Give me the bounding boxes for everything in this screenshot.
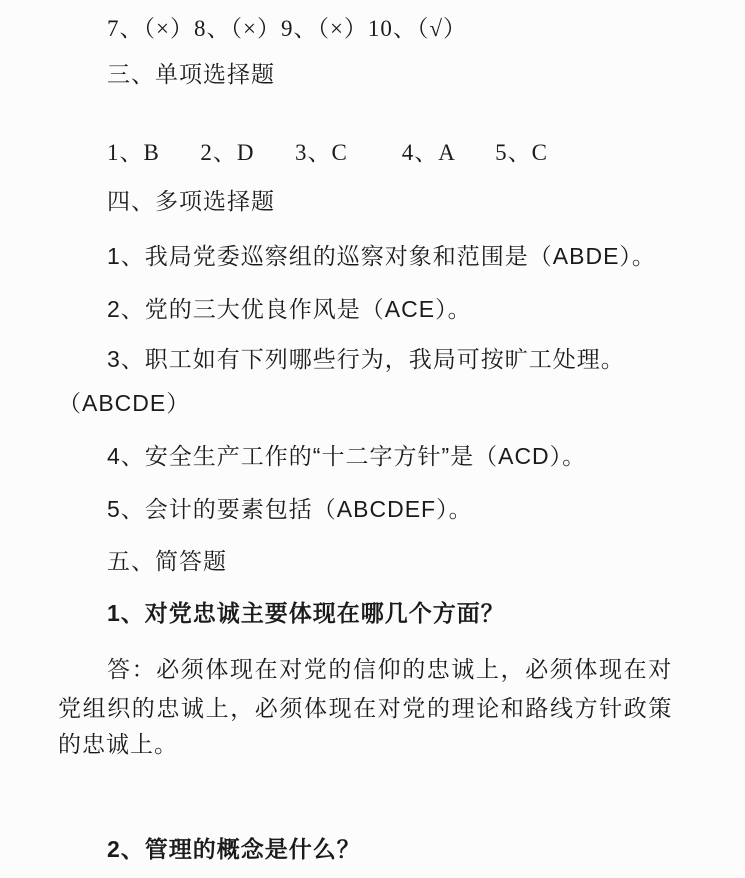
short-answer-answer-1-line-2: 党组织的忠诚上，必须体现在对党的理论和路线方针政策 bbox=[58, 693, 690, 723]
multi-choice-question-4: 4、安全生产工作的“十二字方针”是（ACD）。 bbox=[58, 441, 690, 471]
multi-choice-question-5: 5、会计的要素包括（ABCDEF）。 bbox=[58, 494, 690, 524]
multi-choice-question-3-line-2: （ABCDE） bbox=[58, 388, 690, 418]
multi-choice-question-2: 2、党的三大优良作风是（ACE）。 bbox=[58, 294, 690, 324]
section-heading-single-choice: 三、单项选择题 bbox=[58, 59, 690, 89]
short-answer-answer-1-line-3: 的忠诚上。 bbox=[58, 729, 690, 759]
single-choice-answers-line: 1、B 2、D 3、C 4、A 5、C bbox=[58, 138, 690, 168]
short-answer-question-1: 1、对党忠诚主要体现在哪几个方面？ bbox=[58, 598, 690, 628]
short-answer-question-2: 2、管理的概念是什么？ bbox=[58, 834, 690, 864]
section-heading-multi-choice: 四、多项选择题 bbox=[58, 186, 690, 216]
multi-choice-question-3-line-1: 3、职工如有下列哪些行为，我局可按旷工处理。 bbox=[58, 344, 690, 374]
section-heading-short-answer: 五、简答题 bbox=[58, 546, 690, 576]
document-page: 7、（×）8、（×）9、（×）10、（√） 三、单项选择题 1、B 2、D 3、… bbox=[0, 0, 745, 878]
short-answer-answer-1-line-1: 答：必须体现在对党的信仰的忠诚上，必须体现在对 bbox=[58, 654, 690, 684]
multi-choice-question-1: 1、我局党委巡察组的巡察对象和范围是（ABDE）。 bbox=[58, 241, 690, 271]
true-false-answers-line: 7、（×）8、（×）9、（×）10、（√） bbox=[58, 14, 690, 44]
